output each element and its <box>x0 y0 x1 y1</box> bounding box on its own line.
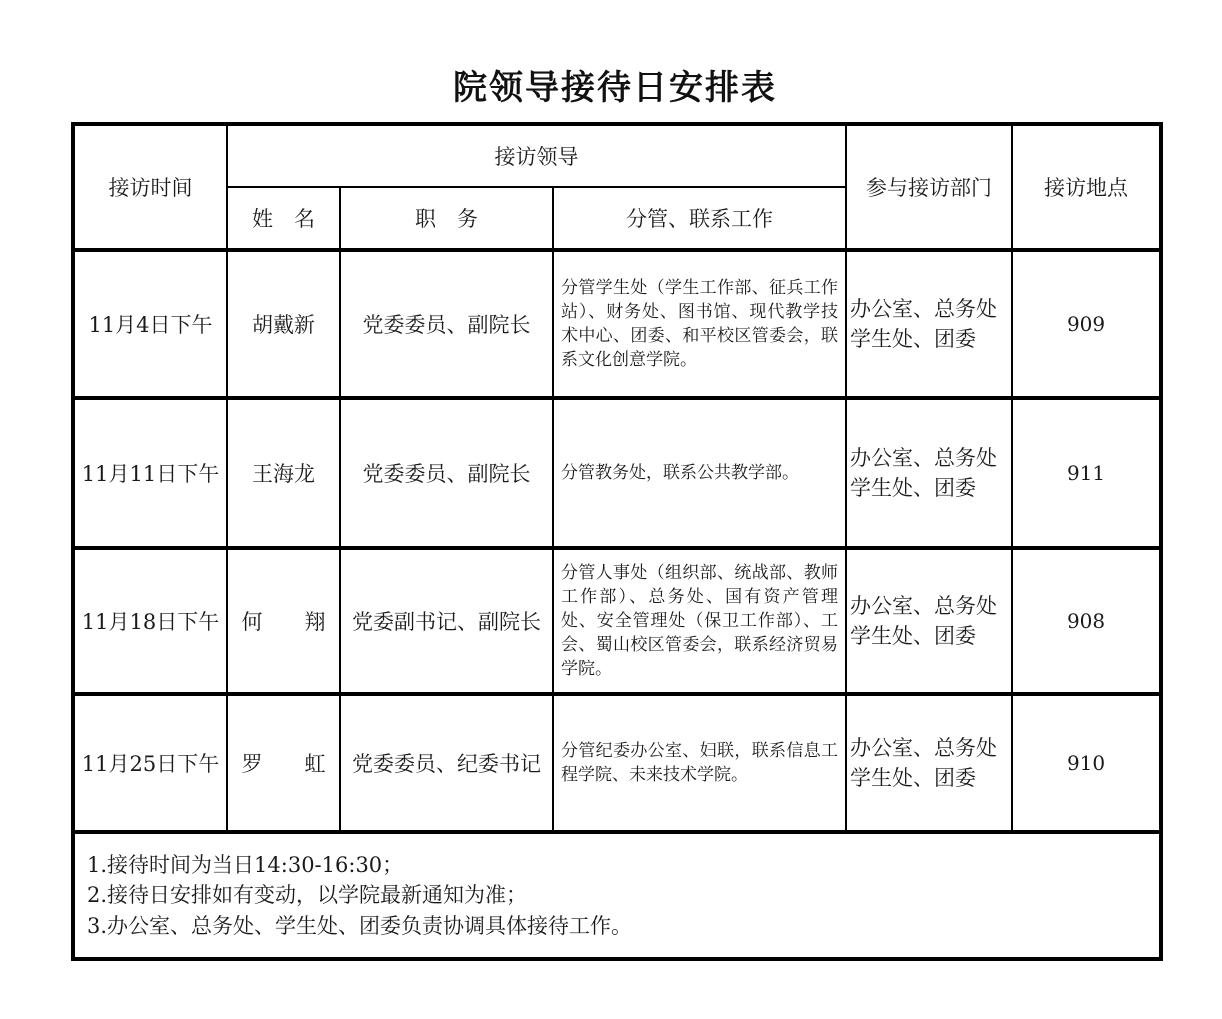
cell-location: 911 <box>1012 398 1161 548</box>
cell-location: 910 <box>1012 694 1161 832</box>
note-line-2: 2.接待日安排如有变动，以学院最新通知为准； <box>87 880 1147 910</box>
table-row: 11月18日下午 何 翔 党委副书记、副院长 分管人事处（组织部、统战部、教师工… <box>73 548 1161 694</box>
cell-departments: 办公室、总务处 学生处、团委 <box>846 250 1012 398</box>
cell-name: 王海龙 <box>227 398 340 548</box>
cell-duties: 分管学生处（学生工作部、征兵工作站）、财务处、图书馆、现代教学技术中心、团委、和… <box>553 250 846 398</box>
header-location: 接访地点 <box>1012 124 1161 250</box>
reception-schedule-table: 接访时间 接访领导 参与接访部门 接访地点 姓 名 职 务 分管、联系工作 11… <box>71 122 1163 961</box>
header-time: 接访时间 <box>73 124 227 250</box>
note-line-3: 3.办公室、总务处、学生处、团委负责协调具体接待工作。 <box>87 911 1147 941</box>
header-leaders-group: 接访领导 <box>227 124 846 187</box>
cell-departments: 办公室、总务处 学生处、团委 <box>846 694 1012 832</box>
table-row: 11月11日下午 王海龙 党委委员、副院长 分管教务处，联系公共教学部。 办公室… <box>73 398 1161 548</box>
cell-time: 11月25日下午 <box>73 694 227 832</box>
header-row-top: 接访时间 接访领导 参与接访部门 接访地点 <box>73 124 1161 187</box>
cell-time: 11月4日下午 <box>73 250 227 398</box>
header-duties: 分管、联系工作 <box>553 187 846 250</box>
notes-cell: 1.接待时间为当日14:30-16:30； 2.接待日安排如有变动，以学院最新通… <box>73 832 1161 959</box>
cell-duties: 分管纪委办公室、妇联，联系信息工程学院、未来技术学院。 <box>553 694 846 832</box>
table-row: 11月25日下午 罗 虹 党委委员、纪委书记 分管纪委办公室、妇联，联系信息工程… <box>73 694 1161 832</box>
cell-name: 罗 虹 <box>227 694 340 832</box>
header-name: 姓 名 <box>227 187 340 250</box>
cell-position: 党委委员、纪委书记 <box>340 694 553 832</box>
cell-location: 909 <box>1012 250 1161 398</box>
cell-duties: 分管教务处，联系公共教学部。 <box>553 398 846 548</box>
page-title: 院领导接待日安排表 <box>71 60 1159 109</box>
cell-time: 11月18日下午 <box>73 548 227 694</box>
note-line-1: 1.接待时间为当日14:30-16:30； <box>87 850 1147 880</box>
header-departments: 参与接访部门 <box>846 124 1012 250</box>
notes-row: 1.接待时间为当日14:30-16:30； 2.接待日安排如有变动，以学院最新通… <box>73 832 1161 959</box>
cell-position: 党委委员、副院长 <box>340 250 553 398</box>
cell-name: 何 翔 <box>227 548 340 694</box>
cell-location: 908 <box>1012 548 1161 694</box>
cell-duties: 分管人事处（组织部、统战部、教师工作部）、总务处、国有资产管理处、安全管理处（保… <box>553 548 846 694</box>
cell-position: 党委副书记、副院长 <box>340 548 553 694</box>
cell-time: 11月11日下午 <box>73 398 227 548</box>
cell-name: 胡戴新 <box>227 250 340 398</box>
cell-position: 党委委员、副院长 <box>340 398 553 548</box>
table-row: 11月4日下午 胡戴新 党委委员、副院长 分管学生处（学生工作部、征兵工作站）、… <box>73 250 1161 398</box>
document-page: 院领导接待日安排表 接访时间 接访领导 参与接访部门 接访地点 姓 名 职 务 … <box>0 0 1222 1019</box>
cell-departments: 办公室、总务处 学生处、团委 <box>846 398 1012 548</box>
header-position: 职 务 <box>340 187 553 250</box>
cell-departments: 办公室、总务处 学生处、团委 <box>846 548 1012 694</box>
